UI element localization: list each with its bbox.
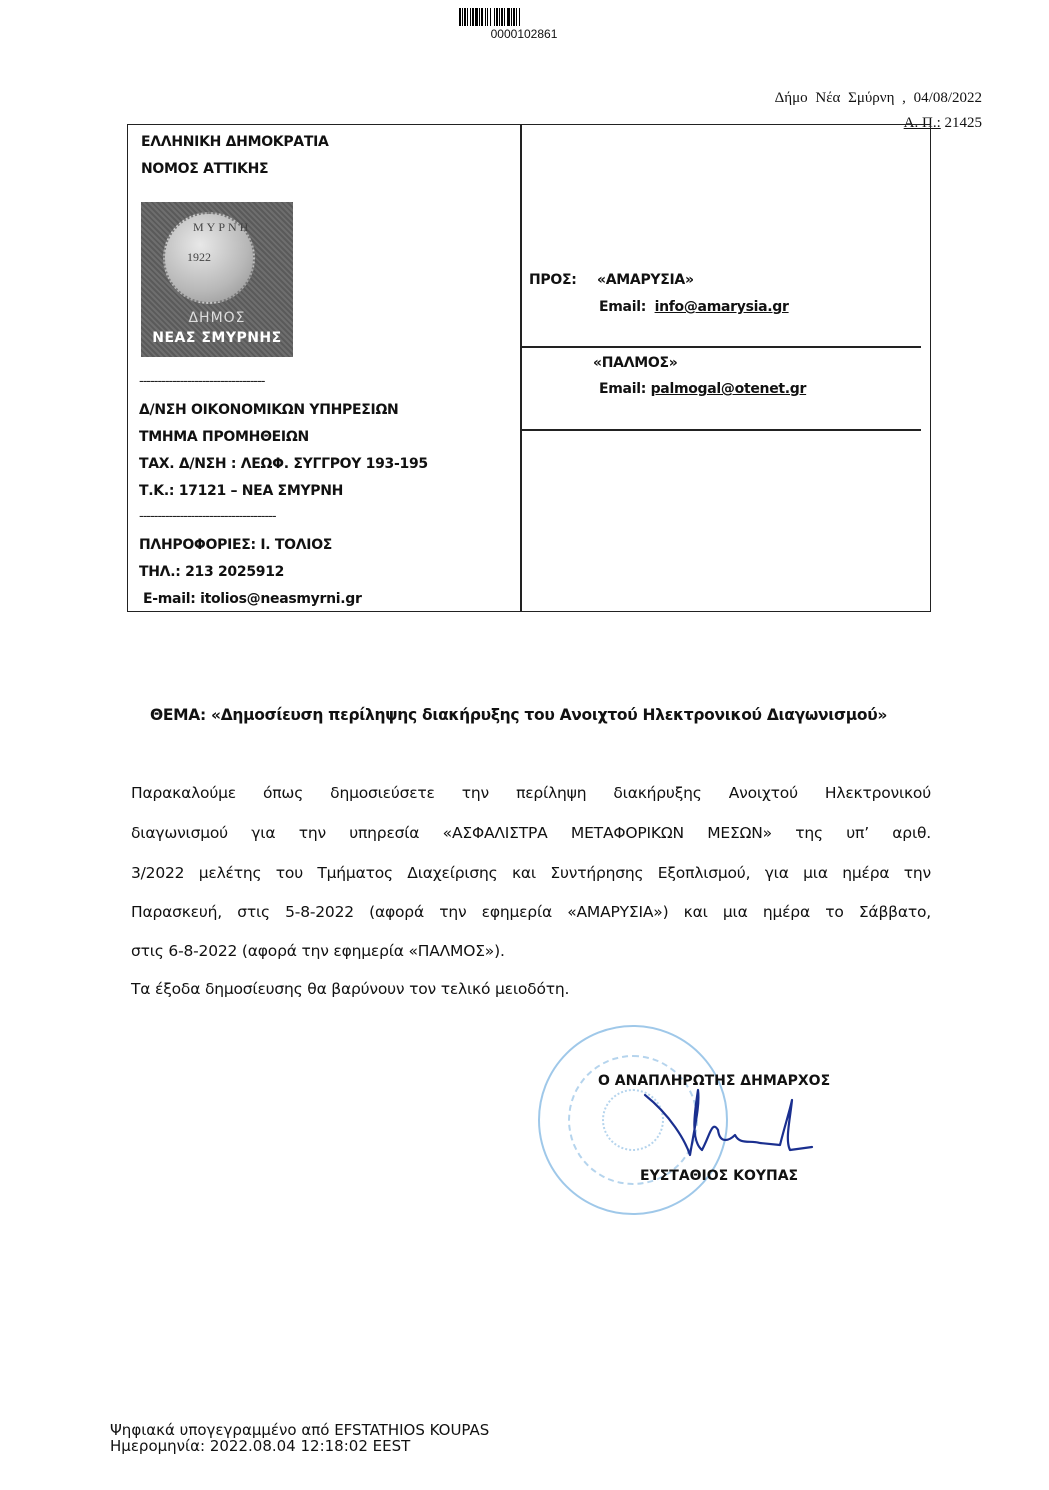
recipient-separator: [522, 346, 921, 348]
country-heading: ΕΛΛΗΝΙΚΗ ΔΗΜΟΚΡΑΤΙΑ: [141, 134, 329, 150]
recipient-name: «ΑΜΑΡΥΣΙΑ»: [597, 272, 694, 288]
recipient-separator: [522, 429, 921, 431]
separator-dashes: ----------------------------------: [139, 374, 265, 389]
section: ΤΜΗΜΑ ΠΡΟΜΗΘΕΙΩΝ: [139, 429, 309, 445]
recipient-email: Email: palmogal@otenet.gr: [599, 381, 806, 397]
body-line: Τα έξοδα δημοσίευσης θα βαρύνουν τον τελ…: [131, 980, 931, 998]
subject-line: ΘΕΜΑ: «Δημοσίευση περίληψης διακήρυξης τ…: [150, 706, 887, 724]
municipality-logo: ΜΥΡΝΗ 1922 ΔΗΜΟΣ ΝΕΑΣ ΣΜΥΡΝΗΣ: [141, 202, 293, 357]
coin-top-text: ΜΥΡΝΗ: [193, 220, 251, 235]
logo-line2: ΝΕΑΣ ΣΜΥΡΝΗΣ: [141, 330, 293, 346]
place-date: Δήμο Νέα Σμύρνη , 04/08/2022: [775, 90, 982, 107]
department: Δ/ΝΣΗ ΟΙΚΟΝΟΜΙΚΩΝ ΥΠΗΡΕΣΙΩΝ: [139, 402, 398, 418]
postal-code: Τ.Κ.: 17121 – ΝΕΑ ΣΜΥΡΝΗ: [139, 483, 343, 499]
sender-email: E-mail: itolios@neasmyrni.gr: [143, 591, 362, 607]
barcode-number: 0000102861: [459, 27, 589, 41]
coin-emblem-icon: ΜΥΡΝΗ 1922: [163, 212, 255, 304]
recipient-name: «ΠΑΛΜΟΣ»: [593, 355, 677, 371]
contact-info: ΠΛΗΡΟΦΟΡΙΕΣ: Ι. ΤΟΛΙΟΣ: [139, 537, 332, 553]
phone: ΤΗΛ.: 213 2025912: [139, 564, 284, 580]
body-line: διαγωνισμού για την υπηρεσία «ΑΣΦΑΛΙΣΤΡΑ…: [131, 824, 931, 842]
logo-line1: ΔΗΜΟΣ: [141, 310, 293, 326]
signatory-name: ΕΥΣΤΑΘΙΟΣ ΚΟΥΠΑΣ: [640, 1168, 798, 1184]
sender-email-label: E-mail:: [143, 591, 196, 607]
handwritten-signature-icon: [640, 1085, 815, 1160]
sender-email-link[interactable]: itolios@neasmyrni.gr: [200, 591, 362, 607]
recipient-email-label: Email:: [599, 381, 646, 397]
body-line: στις 6-8-2022 (αφορά την εφημερία «ΠΑΛΜΟ…: [131, 942, 931, 960]
body-line: Παρακαλούμε όπως δημοσιεύσετε την περίλη…: [131, 784, 931, 802]
protocol-value: 21425: [945, 115, 983, 131]
barcode: [459, 8, 589, 26]
recipient-email-link[interactable]: info@amarysia.gr: [655, 299, 789, 315]
address: ΤΑΧ. Δ/ΝΣΗ : ΛΕΩΦ. ΣΥΓΓΡΟΥ 193-195: [139, 456, 428, 472]
prefecture-heading: ΝΟΜΟΣ ΑΤΤΙΚΗΣ: [141, 161, 268, 177]
to-label: ΠΡΟΣ:: [529, 272, 577, 288]
coin-year: 1922: [187, 250, 211, 265]
recipient-email: Email: info@amarysia.gr: [599, 299, 789, 315]
body-line: Παρασκευή, στις 5-8-2022 (αφορά την εφημ…: [131, 903, 931, 921]
recipient-email-label: Email:: [599, 299, 646, 315]
recipient-email-link[interactable]: palmogal@otenet.gr: [651, 381, 807, 397]
body-line: 3/2022 μελέτης του Τμήματος Διαχείρισης …: [131, 864, 931, 882]
separator-dashes: -------------------------------------: [139, 509, 276, 524]
table-divider: [520, 124, 522, 612]
digital-signature-date: Ημερομηνία: 2022.08.04 12:18:02 EEST: [110, 1437, 410, 1455]
